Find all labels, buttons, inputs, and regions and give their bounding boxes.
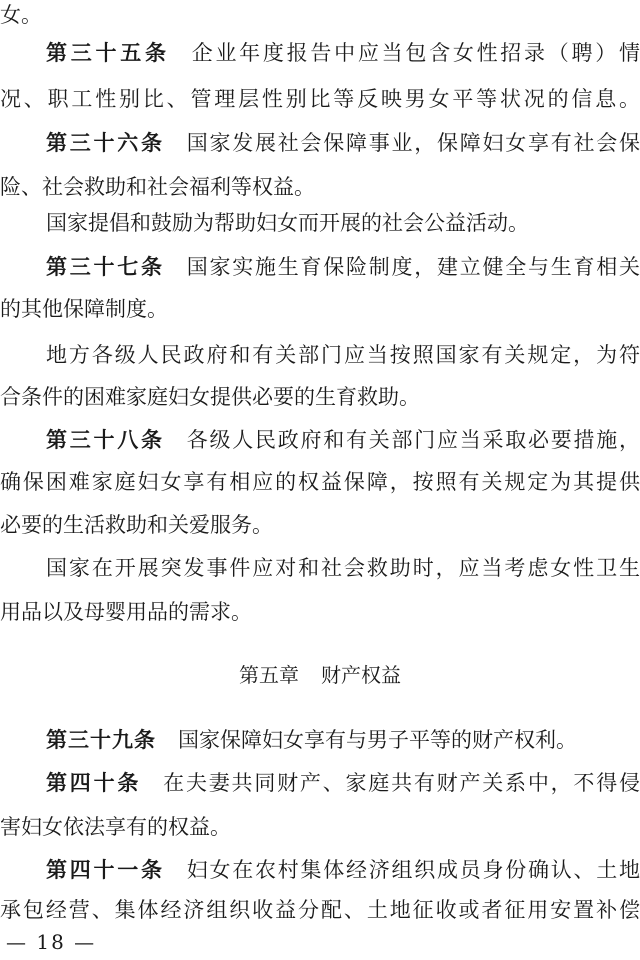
text-line: 承包经营、集体经济组织收益分配、土地征收或者征用安置补偿 (0, 895, 640, 925)
article-text: 妇女在农村集体经济组织成员身份确认、土地 (187, 858, 640, 882)
article-number: 第三十五条 (46, 41, 170, 65)
article-text: 国家实施生育保险制度，建立健全与生育相关 (187, 255, 640, 279)
text-line: 险、社会救助和社会福利等权益。 (0, 172, 640, 202)
article-text: 在夫妻共同财产、家庭共有财产关系中，不得侵 (163, 771, 640, 795)
text-line: 必要的生活救助和关爱服务。 (0, 510, 640, 540)
article-text: 各级人民政府和有关部门应当采取必要措施， (187, 428, 640, 452)
article-36: 第三十六条国家发展社会保障事业，保障妇女享有社会保 (0, 128, 640, 158)
text-line: 害妇女依法享有的权益。 (0, 812, 640, 842)
article-text: 国家发展社会保障事业，保障妇女享有社会保 (187, 131, 640, 155)
page-number: — 18 — (6, 928, 96, 956)
article-text: 企业年度报告中应当包含女性招录（聘）情 (192, 41, 640, 65)
paragraph-line: 国家在开展突发事件应对和社会救助时，应当考虑女性卫生 (0, 553, 640, 583)
article-38: 第三十八条各级人民政府和有关部门应当采取必要措施， (0, 425, 640, 455)
chapter-title: 财产权益 (321, 663, 401, 687)
article-number: 第四十条 (46, 771, 141, 795)
chapter-number: 第五章 (239, 663, 299, 687)
paragraph-line: 国家提倡和鼓励为帮助妇女而开展的社会公益活动。 (0, 208, 640, 238)
text-line: 用品以及母婴用品的需求。 (0, 597, 640, 627)
text-line: 的其他保障制度。 (0, 294, 640, 324)
article-40: 第四十条在夫妻共同财产、家庭共有财产关系中，不得侵 (0, 768, 640, 798)
article-text: 国家保障妇女享有与男子平等的财产权利。 (178, 728, 577, 752)
text-line: 合条件的困难家庭妇女提供必要的生育救助。 (0, 382, 640, 412)
article-number: 第三十九条 (46, 728, 156, 752)
article-number: 第三十七条 (46, 255, 165, 279)
text-line: 况、职工性别比、管理层性别比等反映男女平等状况的信息。 (0, 84, 640, 114)
chapter-heading: 第五章财产权益 (0, 660, 640, 690)
article-number: 第三十六条 (46, 131, 165, 155)
paragraph-line: 地方各级人民政府和有关部门应当按照国家有关规定，为符 (0, 340, 640, 370)
article-39: 第三十九条国家保障妇女享有与男子平等的财产权利。 (0, 725, 640, 755)
article-41: 第四十一条妇女在农村集体经济组织成员身份确认、土地 (0, 855, 640, 885)
text-line: 确保困难家庭妇女享有相应的权益保障，按照有关规定为其提供 (0, 467, 640, 497)
article-number: 第三十八条 (46, 428, 165, 452)
article-37: 第三十七条国家实施生育保险制度，建立健全与生育相关 (0, 252, 640, 282)
article-number: 第四十一条 (46, 858, 165, 882)
text-line: 女。 (0, 0, 640, 30)
article-35: 第三十五条企业年度报告中应当包含女性招录（聘）情 (0, 38, 640, 68)
